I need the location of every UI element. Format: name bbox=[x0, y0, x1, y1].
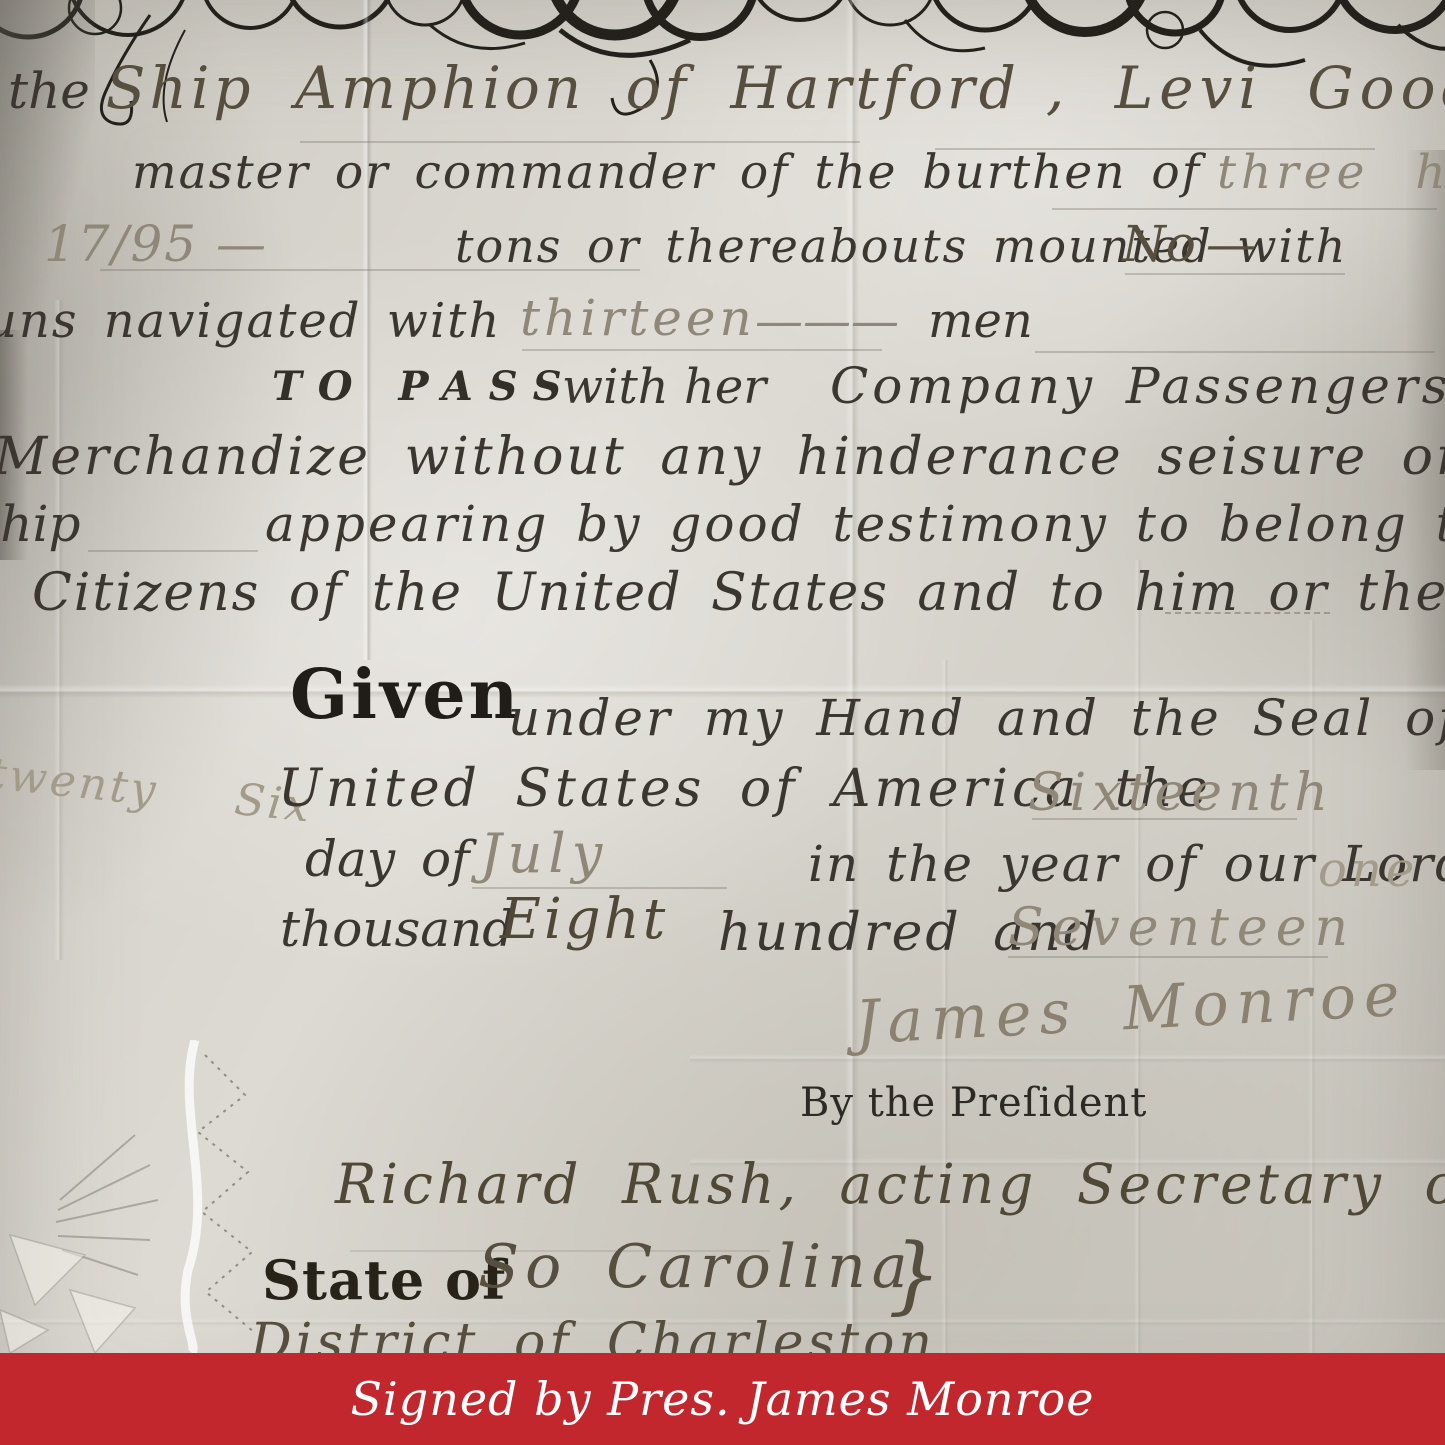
form-line-master: master or commander of the burthen ofthr… bbox=[132, 148, 1445, 197]
fill-text: No bbox=[1122, 215, 1196, 273]
fill-dash: ——— bbox=[755, 296, 899, 346]
printed-to-pass: TO PASS bbox=[272, 366, 578, 408]
printed-company-passengers: Company Passengers bbox=[830, 360, 1445, 413]
fill-ship-name: Ship Amphion of Hartford bbox=[106, 54, 1020, 122]
form-line-ship: the Ship Amphion of Hartford, Levi Goodr… bbox=[8, 58, 1445, 119]
fill-tonnage-number: 17/95 — bbox=[44, 218, 268, 271]
fill-rule-line bbox=[1125, 273, 1345, 275]
fold-crease bbox=[54, 300, 64, 960]
printed-merchandize: Merchandize without any hinderance seisu… bbox=[0, 430, 1445, 485]
fold-crease bbox=[690, 1054, 1445, 1063]
fill-seventeen: Seventeen bbox=[1008, 901, 1356, 956]
fill-rule-line bbox=[522, 349, 882, 351]
given-word: Given bbox=[290, 655, 521, 735]
fill-state-name: So Carolina bbox=[478, 1236, 914, 1299]
fill-rule-line bbox=[1052, 208, 1437, 210]
paper-corner-shadow bbox=[0, 0, 95, 330]
printed-guns-text: uns navigated with bbox=[0, 296, 501, 346]
printed-day-of: day of bbox=[305, 833, 470, 886]
embossed-seal bbox=[0, 1040, 300, 1353]
fold-crease bbox=[845, 0, 859, 1353]
printed-with-her: with her bbox=[562, 362, 766, 412]
printed-men-text: men bbox=[928, 296, 1033, 346]
printed-under-my-hand: under my Hand and the Seal of the bbox=[508, 692, 1445, 745]
fill-eight: Eight bbox=[500, 891, 668, 950]
given-ornament-block: Given bbox=[290, 655, 521, 735]
fill-rule-line bbox=[300, 141, 860, 143]
signed-banner: Signed by Pres. James Monroe bbox=[0, 1353, 1445, 1445]
printed-ship-cut: Ship bbox=[0, 498, 80, 551]
printed-citizens: Citizens of the United States and to him… bbox=[32, 566, 1445, 621]
banner-caption: Signed by Pres. James Monroe bbox=[351, 1372, 1095, 1426]
fill-one: one bbox=[1318, 845, 1418, 895]
printed-text: master or commander of the burthen of bbox=[132, 145, 1201, 200]
fill-guns-number: No— bbox=[1122, 218, 1256, 271]
president-signature: James Monroe bbox=[854, 964, 1409, 1056]
ship-passport-photo: the Ship Amphion of Hartford, Levi Goodr… bbox=[0, 0, 1445, 1445]
fill-rule-line bbox=[88, 550, 258, 552]
printed-appearing: appearing by good testimony to belong to… bbox=[265, 498, 1445, 551]
fill-master-name: , Levi Goodrich bbox=[1046, 54, 1445, 122]
fill-crew-number: thirteen bbox=[520, 292, 756, 345]
printed-thousand: thousand bbox=[280, 903, 514, 956]
fill-burthen: three hun dred bbox=[1217, 145, 1445, 200]
printed-text: the bbox=[8, 62, 106, 120]
margin-note-tonnage: twenty Six bbox=[0, 751, 315, 831]
state-of-label: State of bbox=[262, 1252, 506, 1309]
by-the-president-label: By the Preſident bbox=[800, 1082, 1147, 1124]
state-brace: } bbox=[888, 1230, 941, 1318]
secretary-signature-line: Richard Rush, acting Secretary of State bbox=[335, 1156, 1445, 1214]
fill-day-word: Sixteenth bbox=[1028, 766, 1334, 821]
fill-dash: — bbox=[1206, 215, 1256, 273]
fill-month: July bbox=[480, 826, 608, 883]
fill-rule-line bbox=[1035, 351, 1435, 353]
